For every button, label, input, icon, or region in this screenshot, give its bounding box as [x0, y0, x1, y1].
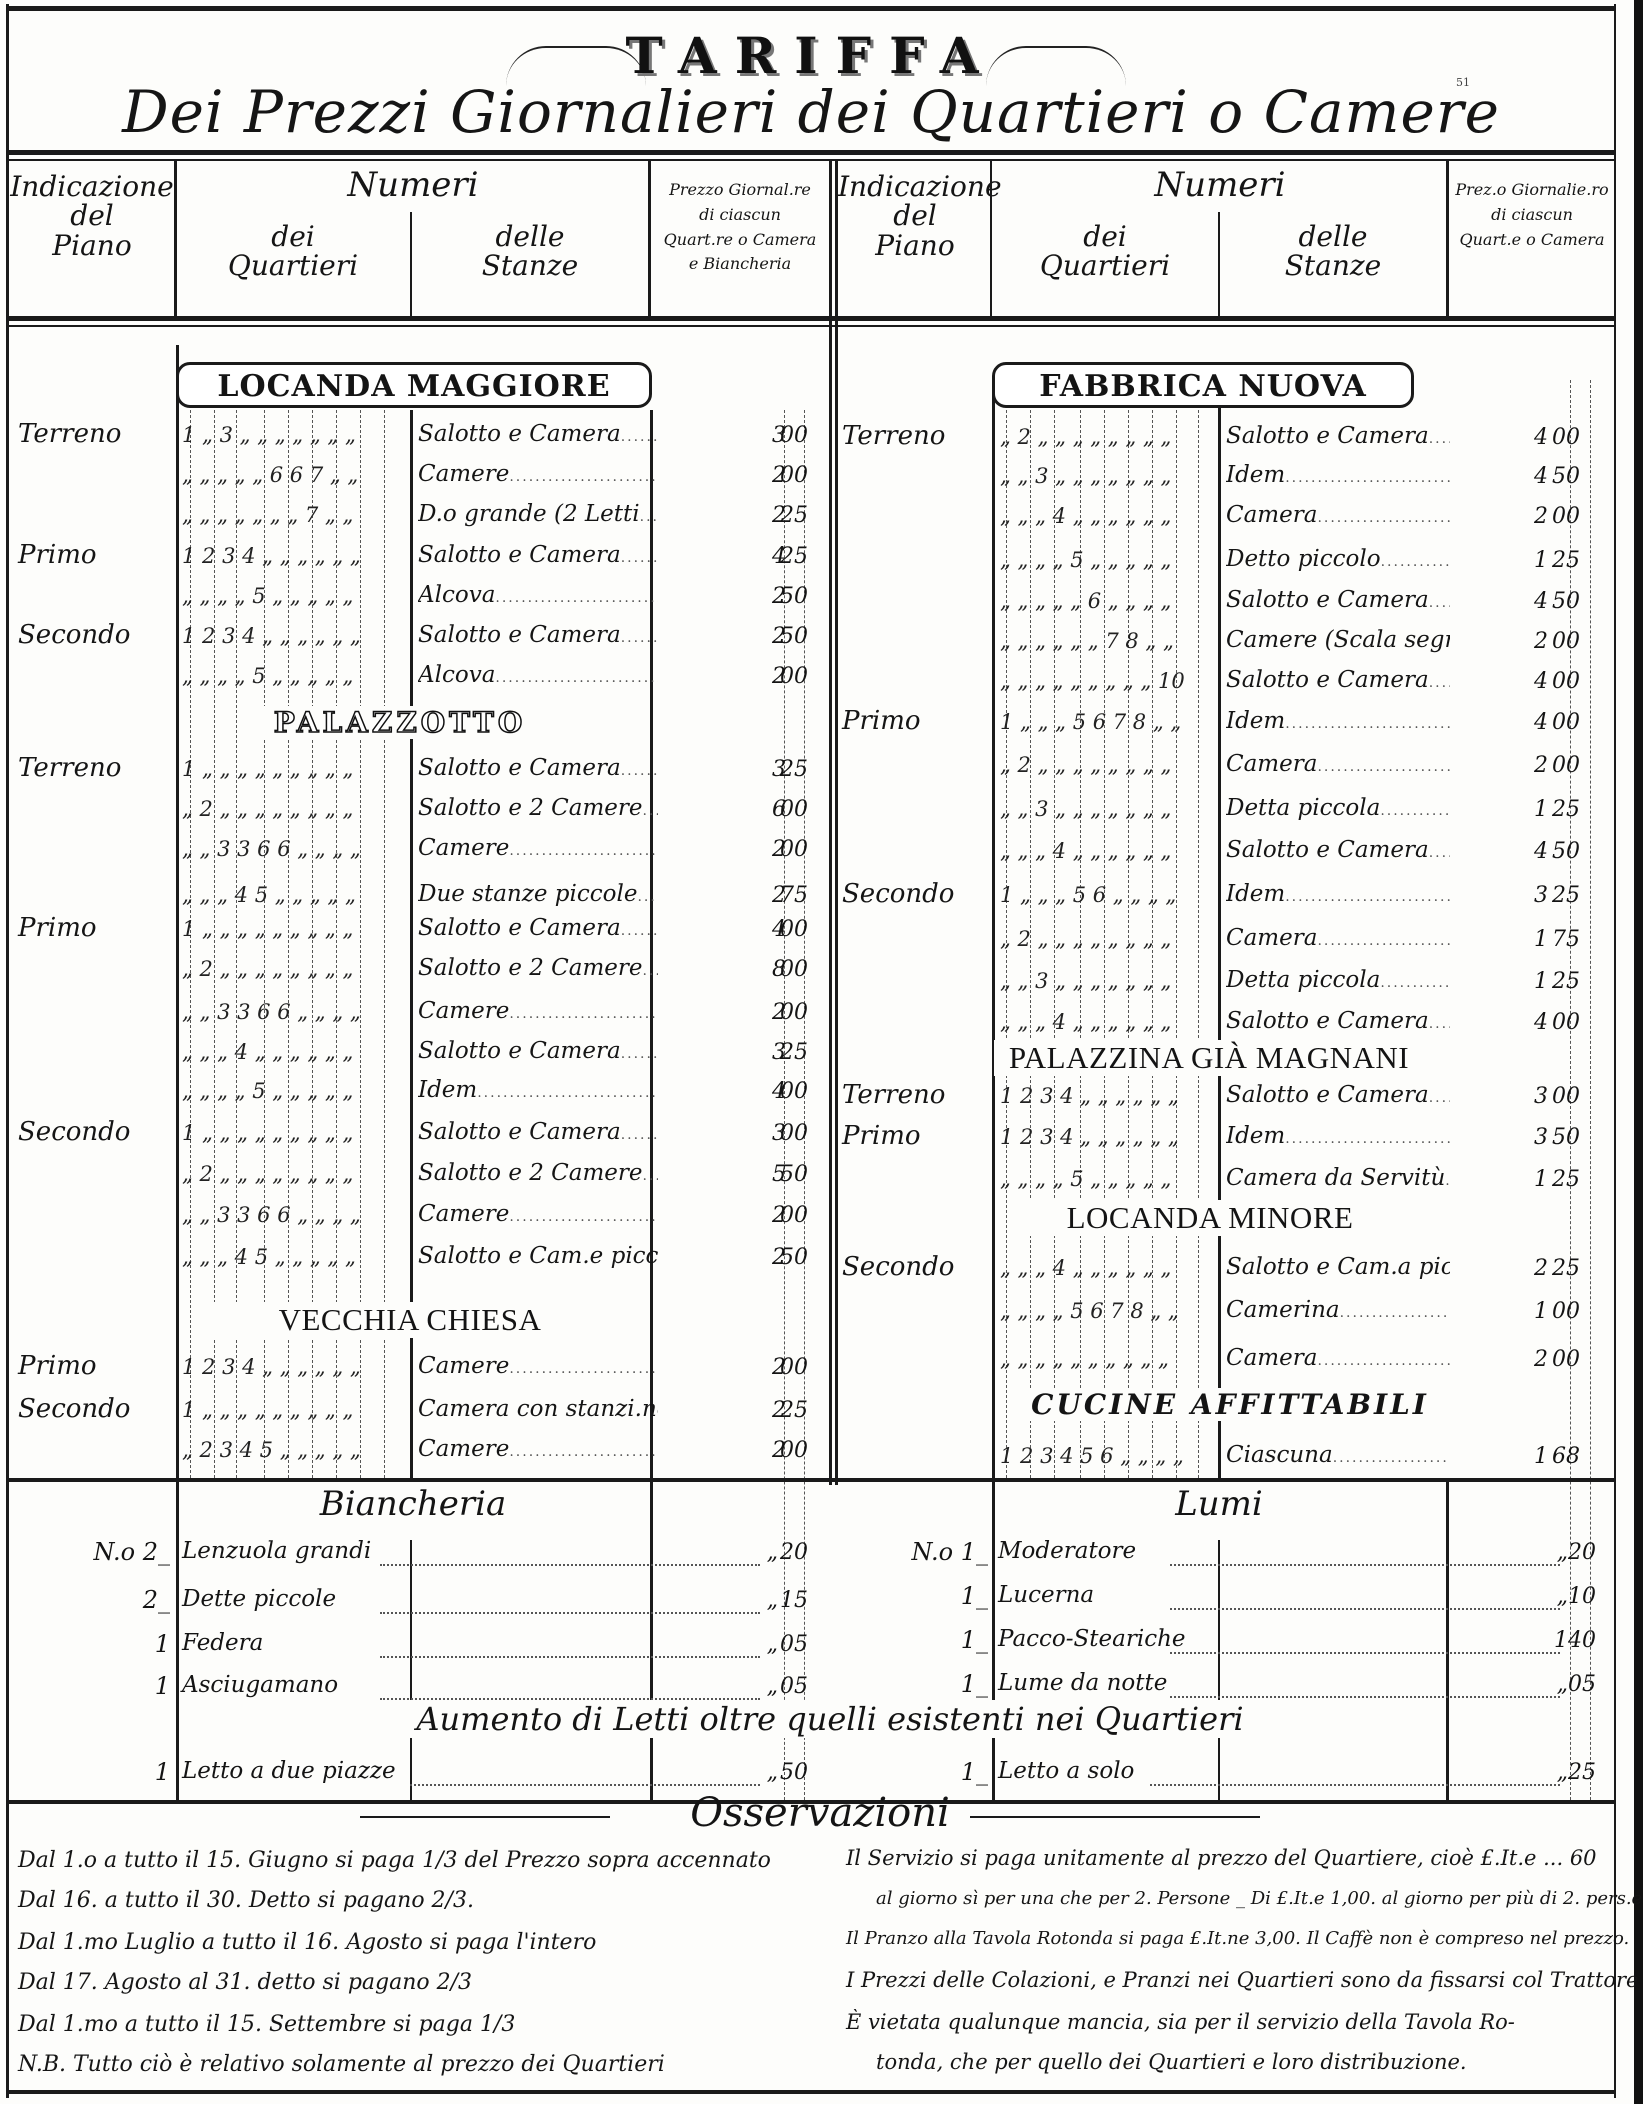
leader-dots: .................................	[621, 429, 658, 445]
room-description: Idem.................................	[418, 1077, 658, 1103]
room-numbers: „ 2 „ „ „ „ „ „ „ „	[1000, 753, 1171, 777]
rooms-end-rule	[6, 1478, 1616, 1482]
rooms-header: delle Stanze	[1218, 222, 1448, 281]
note-line-left: Dal 17. Agosto al 31. detto si pagano 2/…	[18, 1970, 472, 1995]
leader-dots: .................................	[1429, 1090, 1450, 1106]
room-description: Ciascuna................................…	[1226, 1442, 1450, 1468]
quarters-header: dei Quartieri	[992, 222, 1218, 281]
price-cent: 25	[780, 503, 820, 528]
room-description-text: Idem	[418, 1077, 477, 1103]
floor-label: Primo	[18, 1351, 97, 1381]
room-description: D.o grande (2 Letti.....................…	[418, 501, 658, 527]
leader-dots: .................................	[509, 843, 658, 859]
room-numbers: „ „ „ 4 „ „ „ „ „ „	[1000, 839, 1171, 863]
column-rule	[992, 380, 995, 1478]
price-cent: 50	[1552, 1125, 1592, 1150]
price-cent: 25	[1568, 1760, 1608, 1785]
price-cent: 50	[780, 1760, 820, 1785]
room-description-text: Detto piccolo	[1226, 546, 1381, 572]
room-description-text: Camere	[418, 461, 509, 487]
section-title: VECCHIA CHIESA	[200, 1302, 620, 1338]
room-description-text: Idem	[1226, 462, 1285, 488]
price-lire: „	[750, 1588, 778, 1613]
price-lire: 1	[1520, 797, 1548, 822]
leader-dots: .................................	[640, 509, 658, 525]
leader-dots: .................................	[1333, 1450, 1450, 1466]
room-description: Camere (Scala segr.ta...................…	[1226, 627, 1450, 653]
leader-dots	[410, 1784, 760, 1786]
title-rule	[6, 150, 1616, 155]
room-numbers: „ „ „ „ „ „ „ „ „ „	[1000, 1347, 1169, 1371]
room-description: Due stanze piccole......................…	[418, 881, 658, 907]
price-cent: 50	[780, 624, 820, 649]
leader-dots: .................................	[643, 803, 658, 819]
note-line-left: Dal 1.mo Luglio a tutto il 16. Agosto si…	[18, 1930, 596, 1955]
leader-dots: .................................	[1285, 889, 1450, 905]
room-description-text: Salotto e Camera	[1226, 1082, 1429, 1108]
price-lire: 1	[1540, 1628, 1568, 1653]
price-lire: 1	[1520, 548, 1548, 573]
price-cent: 25	[1552, 969, 1592, 994]
price-lire: 4	[1520, 425, 1548, 450]
document-title: TARIFFA	[6, 26, 1616, 85]
item-quantity: 1	[70, 1758, 170, 1786]
room-numbers: 1 „ „ „ 5 6 „ „ „ „	[1000, 883, 1176, 907]
room-description-text: Salotto e Camera	[1226, 667, 1429, 693]
price-lire: „	[750, 1632, 778, 1657]
column-rule	[176, 345, 179, 1478]
floor-label: Primo	[842, 1121, 921, 1151]
price-lire: 3	[1520, 1084, 1548, 1109]
section-title: LOCANDA MINORE	[1010, 1200, 1410, 1236]
room-description: Salotto e 2 Camere......................…	[418, 795, 658, 821]
item-name: Letto a solo	[998, 1758, 1134, 1784]
note-line-left: Dal 1.o a tutto il 15. Giugno si paga 1/…	[18, 1848, 771, 1873]
section-title: CUCINE AFFITTABILI	[1010, 1388, 1450, 1421]
room-description-text: Salotto e Camera	[1226, 837, 1429, 863]
item-name: Federa	[182, 1630, 263, 1656]
room-description: Alcova.................................	[418, 662, 658, 688]
column-rule	[1218, 380, 1221, 1478]
room-numbers: „ 2 „ „ „ „ „ „ „ „	[1000, 425, 1171, 449]
room-description: Salotto e Camera........................…	[418, 542, 658, 568]
room-description: Salotto e Camera........................…	[418, 755, 658, 781]
price-lire: 4	[1520, 669, 1548, 694]
price-header: Prezzo Giornal.re di ciascun Quart.re o …	[650, 178, 830, 277]
price-lire: 2	[1520, 753, 1548, 778]
item-name: Dette piccole	[182, 1586, 336, 1612]
room-description: Salotto e Cam.e piccole.................…	[418, 1243, 658, 1269]
leader-dots: .................................	[1317, 759, 1450, 775]
floor-label: Terreno	[842, 1080, 945, 1110]
leader-dots	[1170, 1564, 1560, 1566]
price-lire: „	[750, 1674, 778, 1699]
price-cent: 00	[780, 1000, 820, 1025]
room-numbers: 1 2 3 4 „ „ „ „ „ „	[182, 544, 361, 568]
numbers-header: Numeri	[176, 168, 650, 204]
room-description-text: Camerina	[1226, 1297, 1340, 1323]
price-cent: 15	[780, 1588, 820, 1613]
price-cent: 00	[780, 837, 820, 862]
price-cent: 00	[1552, 504, 1592, 529]
item-quantity: 2_	[70, 1586, 170, 1614]
room-description: Camera da Servitù.......................…	[1226, 1165, 1450, 1191]
price-cent: 50	[1552, 464, 1592, 489]
room-description: Salotto e 2 Camere......................…	[418, 955, 658, 981]
room-description: Camere.................................	[418, 835, 658, 861]
price-cent: 50	[780, 1162, 820, 1187]
room-description: Idem.................................	[1226, 462, 1450, 488]
room-description: Salotto e Cam.a piccoli.................…	[1226, 1254, 1450, 1280]
room-numbers: „ „ „ „ 5 „ „ „ „ „	[182, 1079, 353, 1103]
room-description-text: Camera	[1226, 502, 1317, 528]
item-quantity: 1	[70, 1630, 170, 1658]
price-cent: 25	[780, 757, 820, 782]
leader-dots: .................................	[621, 630, 658, 646]
leader-dots: .................................	[509, 1444, 658, 1460]
quarters-header: dei Quartieri	[176, 222, 410, 281]
header-rule	[6, 316, 1616, 321]
price-lire: 4	[1520, 1010, 1548, 1035]
section-title: PALAZZINA GIÀ MAGNANI	[994, 1040, 1424, 1076]
room-description: Camere.................................	[418, 1436, 658, 1462]
note-line-right: tonda, che per quello dei Quartieri e lo…	[876, 2050, 1467, 2074]
room-description: Salotto e Camera........................…	[418, 622, 658, 648]
rooms-header: delle Stanze	[410, 222, 650, 281]
leader-dots	[380, 1656, 760, 1658]
price-cent: 05	[780, 1632, 820, 1657]
item-quantity: N.o 1_	[888, 1538, 988, 1566]
room-description: Camera.................................	[1226, 1345, 1450, 1371]
price-lire: 1	[1520, 1167, 1548, 1192]
room-description: Salotto e Camera........................…	[1226, 1008, 1450, 1034]
floor-label: Secondo	[18, 1117, 130, 1147]
room-description-text: Camere	[418, 998, 509, 1024]
room-numbers: „ „ „ 4 „ „ „ „ „ „	[182, 1040, 353, 1064]
item-quantity: 1_	[888, 1758, 988, 1786]
room-description-text: Camere	[418, 1436, 509, 1462]
note-line-right: I Prezzi delle Colazioni, e Pranzi nei Q…	[846, 1968, 1638, 1992]
price-lire: 1	[1520, 927, 1548, 952]
floor-label: Secondo	[18, 1394, 130, 1424]
room-description: Idem.................................	[1226, 881, 1450, 907]
leader-dots: .................................	[1285, 716, 1450, 732]
note-line-left: Dal 16. a tutto il 30. Detto si pagano 2…	[18, 1888, 474, 1913]
room-description-text: Salotto e Cam.a piccoli	[1226, 1254, 1450, 1280]
price-lire: 1	[1520, 1444, 1548, 1469]
room-description-text: Camera	[1226, 751, 1317, 777]
item-name: Pacco-Steariche	[998, 1626, 1186, 1652]
room-numbers: „ 2 „ „ „ „ „ „ „ „	[182, 797, 353, 821]
price-lire: 2	[1520, 629, 1548, 654]
leader-dots: .................................	[1380, 803, 1450, 819]
floor-label: Secondo	[842, 1252, 954, 1282]
room-numbers: 1 „ „ „ 5 6 7 8 „ „	[1000, 710, 1181, 734]
floor-label: Terreno	[842, 421, 945, 451]
item-name: Letto a due piazze	[182, 1758, 396, 1784]
room-numbers: „ „ 3 3 6 6 „ „ „ „	[182, 1203, 361, 1227]
price-cent: 25	[1552, 883, 1592, 908]
price-cent: 00	[780, 1121, 820, 1146]
room-numbers: „ „ „ 4 „ „ „ „ „ „	[1000, 1256, 1171, 1280]
room-description-text: Due stanze piccole	[418, 881, 637, 907]
room-description: Salotto e Camera........................…	[1226, 837, 1450, 863]
room-numbers: „ „ „ „ 5 „ „ „ „ „	[182, 584, 353, 608]
room-numbers: „ 2 „ „ „ „ „ „ „ „	[182, 1162, 353, 1186]
room-description: Salotto e Camera........................…	[418, 421, 658, 447]
room-description-text: Salotto e Camera	[418, 421, 621, 447]
price-cent: 50	[780, 584, 820, 609]
room-description-text: Salotto e Camera	[418, 755, 621, 781]
room-numbers: 1 „ 3 „ „ „ „ „ „ „	[182, 423, 356, 447]
price-cent: 05	[1568, 1672, 1608, 1697]
price-cent: 00	[780, 1203, 820, 1228]
price-cent: 25	[780, 1398, 820, 1423]
leader-dots: .................................	[509, 1006, 658, 1022]
room-description: Camere.................................	[418, 461, 658, 487]
floor-label: Primo	[18, 540, 97, 570]
room-description-text: Idem	[1226, 708, 1285, 734]
leader-dots: .................................	[637, 889, 658, 905]
room-numbers: „ 2 „ „ „ „ „ „ „ „	[1000, 927, 1171, 951]
price-cent: 00	[780, 1438, 820, 1463]
leader-dots: .................................	[1317, 933, 1450, 949]
room-numbers: „ „ „ „ „ „ „ 7 „ „	[182, 503, 353, 527]
column-rule	[410, 1540, 412, 1800]
price-cent: 00	[780, 463, 820, 488]
room-numbers: „ „ „ „ 5 „ „ „ „ „	[182, 664, 353, 688]
room-description-text: Salotto e Camera	[1226, 423, 1429, 449]
leader-dots: .................................	[495, 590, 658, 606]
room-description: Detta piccola...........................…	[1226, 795, 1450, 821]
document-subtitle: Dei Prezzi Giornalieri dei Quartieri o C…	[6, 78, 1616, 146]
price-cent: 00	[780, 797, 820, 822]
leader-dots: .................................	[1429, 845, 1450, 861]
leader-dots: .................................	[1380, 975, 1450, 991]
room-description: Salotto e Camera........................…	[1226, 587, 1450, 613]
room-description-text: Camera	[1226, 925, 1317, 951]
room-description-text: Camera	[1226, 1345, 1317, 1371]
room-description: Camere.................................	[418, 1353, 658, 1379]
price-lire: „	[750, 1540, 778, 1565]
leader-dots: .................................	[509, 1361, 658, 1377]
leader-dots: .................................	[495, 670, 658, 686]
room-description: Salotto e Camera........................…	[418, 1038, 658, 1064]
room-description: Camere.................................	[418, 1201, 658, 1227]
room-description: Salotto e 2 Camere......................…	[418, 1160, 658, 1186]
price-cent: 10	[1568, 1584, 1608, 1609]
item-name: Lenzuola grandi	[182, 1538, 371, 1564]
floor-label: Terreno	[18, 753, 121, 783]
price-cent: 25	[1552, 548, 1592, 573]
section-title: FABBRICA NUOVA	[992, 362, 1414, 408]
section-title: PALAZZOTTO	[250, 706, 550, 739]
price-cent: 00	[1552, 710, 1592, 735]
room-description-text: Camere (Scala segr.ta	[1226, 627, 1450, 653]
room-description-text: Salotto e Camera	[418, 1038, 621, 1064]
room-description-text: Camere	[418, 835, 509, 861]
price-cent: 25	[780, 544, 820, 569]
price-cent: 25	[780, 1040, 820, 1065]
price-cent: 00	[1552, 425, 1592, 450]
title-rule-thin	[6, 159, 1616, 161]
note-line-left: Dal 1.mo a tutto il 15. Settembre si pag…	[18, 2012, 515, 2037]
room-description-text: Ciascuna	[1226, 1442, 1333, 1468]
price-lire: „	[1540, 1540, 1568, 1565]
room-description-text: Salotto e Camera	[1226, 1008, 1429, 1034]
room-description-text: Camere	[418, 1201, 509, 1227]
leader-dots: .................................	[1429, 675, 1450, 691]
room-description: Salotto e Camera........................…	[1226, 1082, 1450, 1108]
price-lire: 2	[1520, 504, 1548, 529]
leader-dots	[1170, 1696, 1560, 1698]
room-description-text: Salotto e Camera	[418, 622, 621, 648]
column-rule	[1446, 1482, 1449, 1800]
leader-dots: .................................	[621, 1127, 658, 1143]
price-lire: „	[1540, 1760, 1568, 1785]
room-numbers: „ „ „ „ „ 6 6 7 „ „	[182, 463, 358, 487]
room-description-text: Detta piccola	[1226, 795, 1380, 821]
price-cent: 25	[1552, 1167, 1592, 1192]
column-rule	[176, 1482, 179, 1800]
price-header: Prez.o Giornalie.ro di ciascun Quart.e o…	[1448, 178, 1616, 252]
column-rule	[1218, 1540, 1220, 1800]
item-quantity: 1_	[888, 1670, 988, 1698]
leader-dots: .................................	[1429, 431, 1450, 447]
room-description: Idem.................................	[1226, 708, 1450, 734]
room-description-text: Salotto e 2 Camere	[418, 1160, 643, 1186]
price-cent: 50	[1552, 839, 1592, 864]
room-description: Alcova.................................	[418, 582, 658, 608]
room-description-text: Salotto e Cam.e piccole	[418, 1243, 658, 1269]
room-description: Camera.................................	[1226, 751, 1450, 777]
price-cent: 05	[780, 1674, 820, 1699]
item-name: Lucerna	[998, 1582, 1094, 1608]
room-numbers: 1 2 3 4 „ „ „ „ „ „	[1000, 1125, 1179, 1149]
floor-label: Primo	[18, 913, 97, 943]
room-numbers: „ „ 3 „ „ „ „ „ „ „	[1000, 969, 1171, 993]
price-lire: 4	[1520, 839, 1548, 864]
room-description-text: Salotto e Camera	[1226, 587, 1429, 613]
price-cent: 25	[1552, 797, 1592, 822]
room-numbers: „ „ „ „ 5 6 7 8 „ „	[1000, 1299, 1179, 1323]
room-numbers: 1 „ „ „ „ „ „ „ „ „	[182, 1121, 353, 1145]
leader-dots: .................................	[643, 1168, 658, 1184]
price-cent: 20	[780, 1540, 820, 1565]
price-cent: 00	[1552, 1347, 1592, 1372]
room-description-text: D.o grande (2 Letti	[418, 501, 640, 527]
room-description-text: Salotto e 2 Camere	[418, 795, 643, 821]
room-numbers: „ „ „ 4 „ „ „ „ „ „	[1000, 504, 1171, 528]
header-rule-thin	[6, 325, 1616, 327]
room-description-text: Salotto e 2 Camere	[418, 955, 643, 981]
price-cent: 00	[1552, 1084, 1592, 1109]
item-quantity: 1	[70, 1672, 170, 1700]
lumi-title: Lumi	[992, 1484, 1446, 1524]
note-line-right: È vietata qualunque mancia, sia per il s…	[846, 2010, 1515, 2034]
floor-header: Indicazione del Piano	[838, 172, 992, 260]
leader-dots: .................................	[621, 763, 658, 779]
price-cent: 00	[780, 423, 820, 448]
room-description: Detta piccola...........................…	[1226, 967, 1450, 993]
price-lire: 3	[1520, 1125, 1548, 1150]
price-cent: 50	[1552, 589, 1592, 614]
leader-dots: .................................	[509, 469, 658, 485]
leader-dots: .................................	[509, 1209, 658, 1225]
price-cent: 00	[1552, 1299, 1592, 1324]
leader-dots: .................................	[1285, 1131, 1450, 1147]
room-description: Salotto e Camera........................…	[1226, 423, 1450, 449]
room-numbers: „ „ „ 4 „ „ „ „ „ „	[1000, 1010, 1171, 1034]
room-numbers: „ „ 3 3 6 6 „ „ „ „	[182, 837, 361, 861]
room-description: Camere.................................	[418, 998, 658, 1024]
room-numbers: „ „ „ 4 5 „ „ „ „ „	[182, 883, 356, 907]
item-name: Lume da notte	[998, 1670, 1167, 1696]
room-description-text: Alcova	[418, 582, 495, 608]
room-description-text: Camere	[418, 1353, 509, 1379]
leader-dots: .................................	[621, 550, 658, 566]
room-description-text: Camera con stanzi.no	[418, 1396, 658, 1422]
room-numbers: „ „ „ 4 5 „ „ „ „ „	[182, 1245, 356, 1269]
room-description-text: Detta piccola	[1226, 967, 1380, 993]
leader-dots: .................................	[1381, 554, 1450, 570]
osservazioni-title: Osservazioni	[560, 1790, 1080, 1836]
leader-dots: .................................	[621, 1046, 658, 1062]
room-description: Salotto e Camera........................…	[418, 915, 658, 941]
room-numbers: 1 „ „ „ „ „ „ „ „ „	[182, 1398, 353, 1422]
aumento-title: Aumento di Letti oltre quelli esistenti …	[390, 1700, 1270, 1738]
price-cent: 00	[780, 1355, 820, 1380]
room-numbers: „ „ 3 3 6 6 „ „ „ „	[182, 1000, 361, 1024]
price-cent: 00	[1552, 669, 1592, 694]
floor-header: Indicazione del Piano	[8, 172, 176, 260]
floor-label: Terreno	[18, 419, 121, 449]
leader-dots: .................................	[621, 923, 658, 939]
room-numbers: 1 2 3 4 5 6 „ „ „ „	[1000, 1444, 1184, 1468]
room-description: Camera.................................	[1226, 502, 1450, 528]
page-number: 51	[1456, 76, 1470, 89]
floor-label: Secondo	[18, 620, 130, 650]
price-lire: 1	[1520, 969, 1548, 994]
room-description-text: Salotto e Camera	[418, 1119, 621, 1145]
room-numbers: „ 2 3 4 5 „ „ „ „ „	[182, 1438, 361, 1462]
biancheria-title: Biancheria	[176, 1484, 650, 1524]
room-description-text: Salotto e Camera	[418, 915, 621, 941]
price-cent: 00	[1552, 1010, 1592, 1035]
price-lire: 2	[1520, 1256, 1548, 1281]
leader-dots	[380, 1564, 760, 1566]
price-cent: 00	[1552, 753, 1592, 778]
room-description-text: Salotto e Camera	[418, 542, 621, 568]
room-description-text: Idem	[1226, 881, 1285, 907]
room-numbers: „ 2 „ „ „ „ „ „ „ „	[182, 957, 353, 981]
room-description: Camera.................................	[1226, 925, 1450, 951]
room-numbers: „ „ 3 „ „ „ „ „ „ „	[1000, 797, 1171, 821]
price-cent: 00	[780, 664, 820, 689]
leader-dots: .................................	[1317, 510, 1450, 526]
floor-label: Primo	[842, 706, 921, 736]
price-cent: 25	[1552, 1256, 1592, 1281]
room-description: Detto piccolo...........................…	[1226, 546, 1450, 572]
price-cent: 20	[1568, 1540, 1608, 1565]
column-rule	[650, 1482, 653, 1800]
leader-dots: .................................	[1317, 1353, 1450, 1369]
price-cent: 00	[780, 957, 820, 982]
leader-dots: .................................	[477, 1085, 658, 1101]
room-description-text: Camera da Servitù	[1226, 1165, 1445, 1191]
item-quantity: 1_	[888, 1626, 988, 1654]
leader-dots: .................................	[1285, 470, 1450, 486]
